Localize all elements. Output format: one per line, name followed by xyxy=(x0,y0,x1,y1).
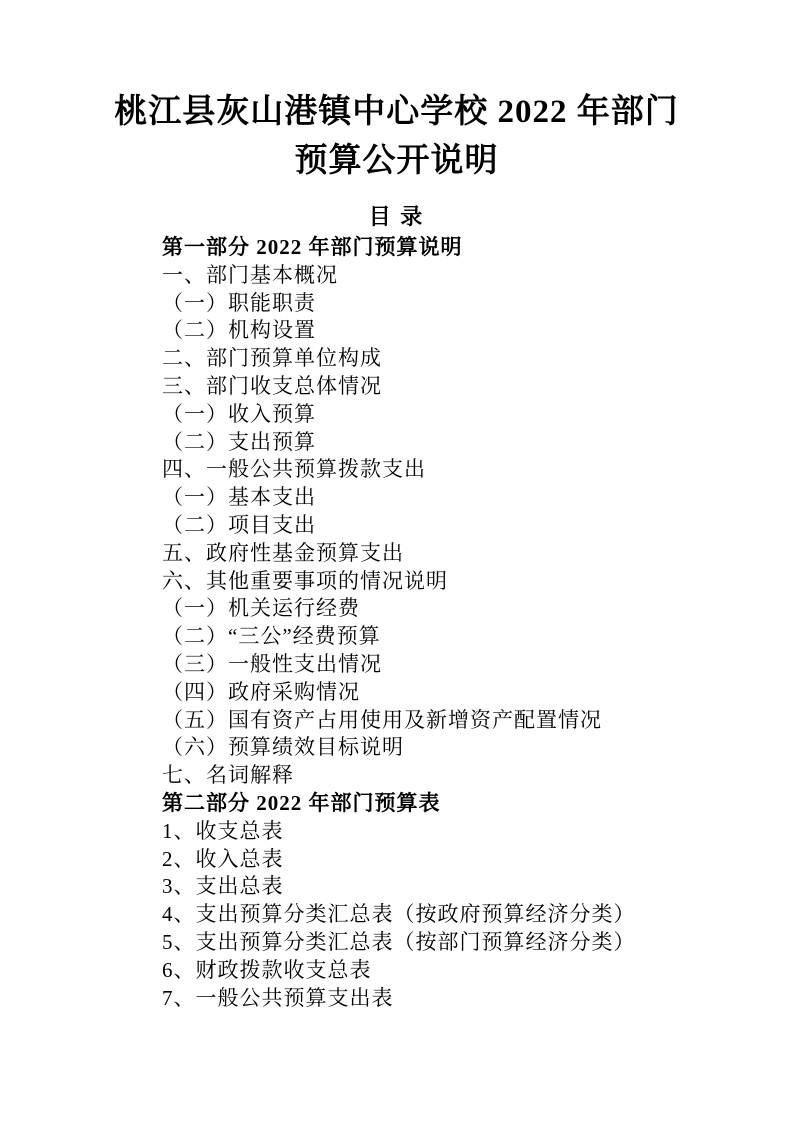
toc-item: 5、支出预算分类汇总表（按部门预算经济分类） xyxy=(162,929,753,957)
toc-item: （二）支出预算 xyxy=(162,429,753,457)
toc-section-heading: 第一部分 2022 年部门预算说明 xyxy=(162,234,753,262)
document-page: 桃江县灰山港镇中心学校 2022 年部门 预算公开说明 目 录 第一部分 202… xyxy=(0,0,793,1122)
toc-item: 六、其他重要事项的情况说明 xyxy=(162,568,753,596)
document-title-line-1: 桃江县灰山港镇中心学校 2022 年部门 xyxy=(0,88,793,137)
toc-item: （四）政府采购情况 xyxy=(162,679,753,707)
toc-item: 6、财政拨款收支总表 xyxy=(162,957,753,985)
toc-item: 4、支出预算分类汇总表（按政府预算经济分类） xyxy=(162,901,753,929)
toc-item: 二、部门预算单位构成 xyxy=(162,345,753,373)
toc-item: 7、一般公共预算支出表 xyxy=(162,985,753,1013)
toc-item: 2、收入总表 xyxy=(162,846,753,874)
toc-item: （三）一般性支出情况 xyxy=(162,651,753,679)
toc-section-heading: 第二部分 2022 年部门预算表 xyxy=(162,790,753,818)
document-title-line-2: 预算公开说明 xyxy=(0,137,793,186)
toc-heading: 目 录 xyxy=(0,203,793,231)
toc-item: （五）国有资产占用使用及新增资产配置情况 xyxy=(162,707,753,735)
toc-item: （一）收入预算 xyxy=(162,401,753,429)
toc-item: （二）机构设置 xyxy=(162,317,753,345)
document-title: 桃江县灰山港镇中心学校 2022 年部门 预算公开说明 xyxy=(0,88,793,186)
toc-item: 七、名词解释 xyxy=(162,762,753,790)
toc-item: （二）项目支出 xyxy=(162,512,753,540)
toc-item: 四、一般公共预算拨款支出 xyxy=(162,456,753,484)
toc-item: 五、政府性基金预算支出 xyxy=(162,540,753,568)
toc-item: （一）机关运行经费 xyxy=(162,595,753,623)
toc-item: 一、部门基本概况 xyxy=(162,262,753,290)
toc-list: 第一部分 2022 年部门预算说明一、部门基本概况（一）职能职责（二）机构设置二… xyxy=(162,234,753,1012)
toc-item: 三、部门收支总体情况 xyxy=(162,373,753,401)
toc-item: （一）职能职责 xyxy=(162,290,753,318)
toc-item: （一）基本支出 xyxy=(162,484,753,512)
toc-item: 1、收支总表 xyxy=(162,818,753,846)
toc-item: 3、支出总表 xyxy=(162,873,753,901)
toc-item: （六）预算绩效目标说明 xyxy=(162,734,753,762)
toc-item: （二）“三公”经费预算 xyxy=(162,623,753,651)
